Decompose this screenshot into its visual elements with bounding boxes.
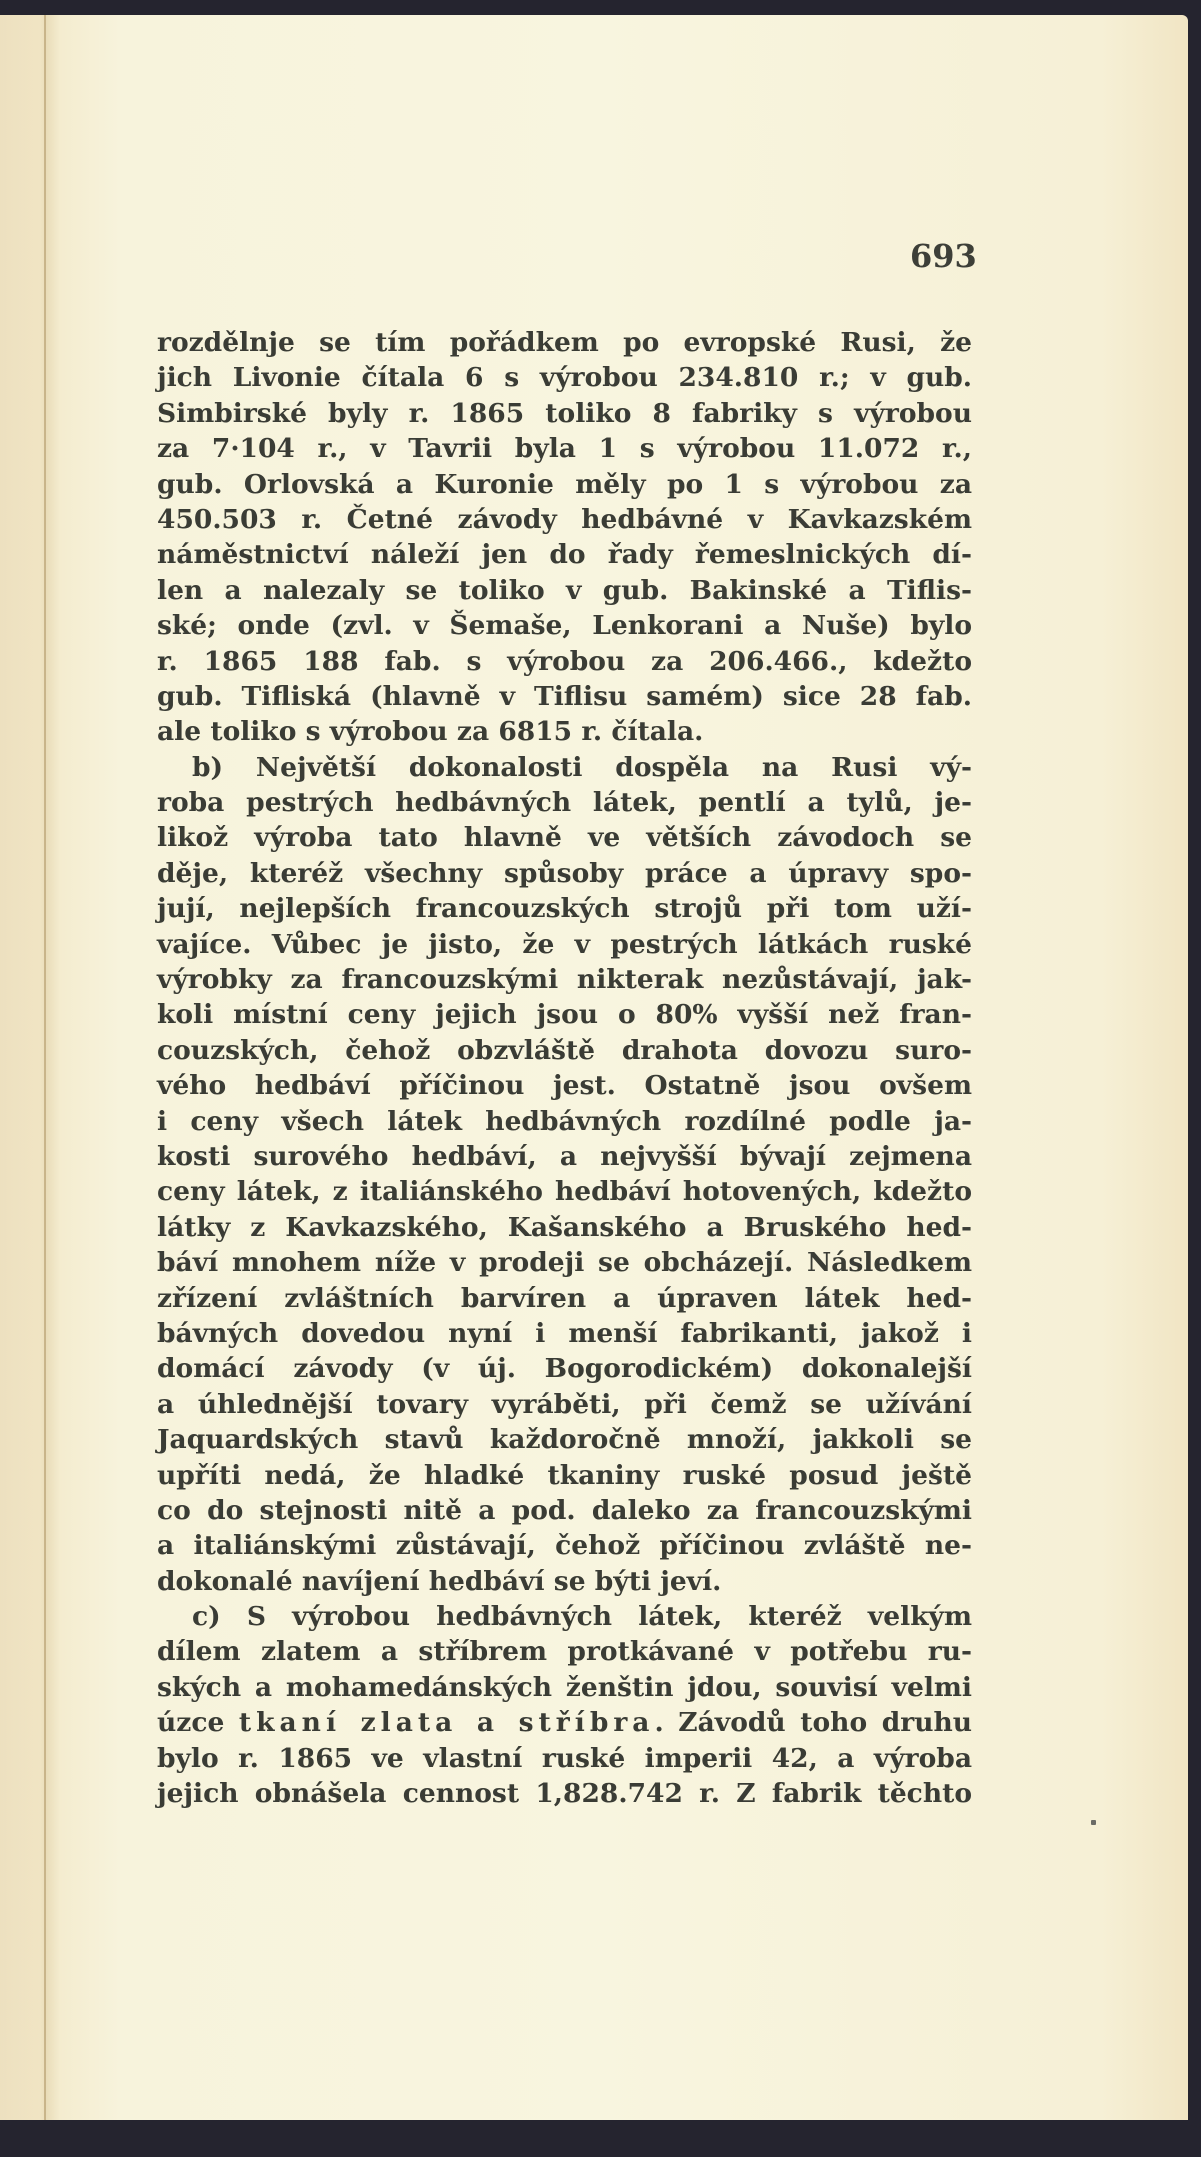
text-line: likož výroba tato hlavně ve větších závo… [157, 820, 972, 855]
text-line: a úhlednější tovary vyráběti, při čemž s… [157, 1387, 972, 1422]
book-page: 693 rozdělnje se tím pořádkem po evropsk… [0, 15, 1188, 2120]
text-line: dílem zlatem a stříbrem protkávané v pot… [157, 1634, 972, 1669]
paragraph-section-b: b) Největší dokonalosti dospěla na Rusi … [157, 750, 972, 1599]
text-line: kosti surového hedbáví, a nejvyšší bývaj… [157, 1139, 972, 1174]
text-line: vajíce. Vůbec je jisto, že v pestrých lá… [157, 927, 972, 962]
paragraph-continuation: rozdělnje se tím pořádkem po evropské Ru… [157, 325, 972, 750]
text-line: i ceny všech látek hedbávných rozdílné p… [157, 1104, 972, 1139]
text-line: výrobky za francouzskými nikterak nezůst… [157, 962, 972, 997]
text-line: roba pestrých hedbávných látek, pentlí a… [157, 785, 972, 820]
page-gutter-shade [0, 15, 44, 2120]
text-line: jich Livonie čítala 6 s výrobou 234.810 … [157, 360, 972, 395]
text-line: gub. Orlovská a Kuronie měly po 1 s výro… [157, 467, 972, 502]
body-text: rozdělnje se tím pořádkem po evropské Ru… [157, 325, 972, 1811]
text-line: Jaquardských stavů každoročně množí, jak… [157, 1422, 972, 1457]
text-line: ale toliko s výrobou za 6815 r. čítala. [157, 714, 972, 749]
text-line: a italiánskými zůstávají, čehož příčinou… [157, 1528, 972, 1563]
text-line: bávných dovedou nyní i menší fabrikanti,… [157, 1316, 972, 1351]
paragraph-section-c: c) S výrobou hedbávných látek, kteréž ve… [157, 1599, 972, 1811]
text-line: upříti nedá, že hladké tkaniny ruské pos… [157, 1458, 972, 1493]
text-line: domácí závody (v új. Bogorodickém) dokon… [157, 1351, 972, 1386]
text-line: bylo r. 1865 ve vlastní ruské imperii 42… [157, 1741, 972, 1776]
text-line: látky z Kavkazského, Kašanského a Bruské… [157, 1210, 972, 1245]
text-line: 450.503 r. Četné závody hedbávné v Kavka… [157, 502, 972, 537]
text-line: za 7·104 r., v Tavrii byla 1 s výrobou 1… [157, 431, 972, 466]
text-line: vého hedbáví příčinou jest. Ostatně jsou… [157, 1068, 972, 1103]
paper-speck [1091, 1820, 1096, 1825]
emphasized-spaced-text: tkaní zlata a stříbra [239, 1707, 655, 1738]
text-line: děje, kteréž všechny spůsoby práce a úpr… [157, 856, 972, 891]
text-line: couzských, čehož obzvláště drahota dovoz… [157, 1033, 972, 1068]
text-line: ceny látek, z italiánského hedbáví hotov… [157, 1174, 972, 1209]
text-span: . Závodů toho druhu [654, 1707, 972, 1738]
text-line: len a nalezaly se toliko v gub. Bakinské… [157, 573, 972, 608]
text-line: ských a mohamedánských ženštin jdou, sou… [157, 1670, 972, 1705]
text-line: ské; onde (zvl. v Šemaše, Lenkorani a Nu… [157, 608, 972, 643]
page-gutter-line [44, 15, 46, 2120]
text-line: koli místní ceny jejich jsou o 80% vyšší… [157, 997, 972, 1032]
text-line: r. 1865 188 fab. s výrobou za 206.466., … [157, 644, 972, 679]
text-line: Simbirské byly r. 1865 toliko 8 fabriky … [157, 396, 972, 431]
text-line: jejich obnášela cennost 1,828.742 r. Z f… [157, 1776, 972, 1811]
text-line: zřízení zvláštních barvíren a úpraven lá… [157, 1281, 972, 1316]
text-line: báví mnohem níže v prodeji se obcházejí.… [157, 1245, 972, 1280]
text-line: jují, nejlepších francouzských strojů př… [157, 891, 972, 926]
text-line: náměstnictví náleží jen do řady řemeslni… [157, 537, 972, 572]
text-line: rozdělnje se tím pořádkem po evropské Ru… [157, 325, 972, 360]
text-line: c) S výrobou hedbávných látek, kteréž ve… [157, 1599, 972, 1634]
text-line: gub. Tifliská (hlavně v Tiflisu samém) s… [157, 679, 972, 714]
text-span: úzce [157, 1707, 239, 1738]
text-line: co do stejnosti nitě a pod. daleko za fr… [157, 1493, 972, 1528]
text-line: dokonalé navíjení hedbáví se býti jeví. [157, 1564, 972, 1599]
text-line: b) Největší dokonalosti dospěla na Rusi … [157, 750, 972, 785]
text-line-with-emphasis: úzce tkaní zlata a stříbra. Závodů toho … [157, 1705, 972, 1740]
page-number: 693 [910, 237, 977, 275]
